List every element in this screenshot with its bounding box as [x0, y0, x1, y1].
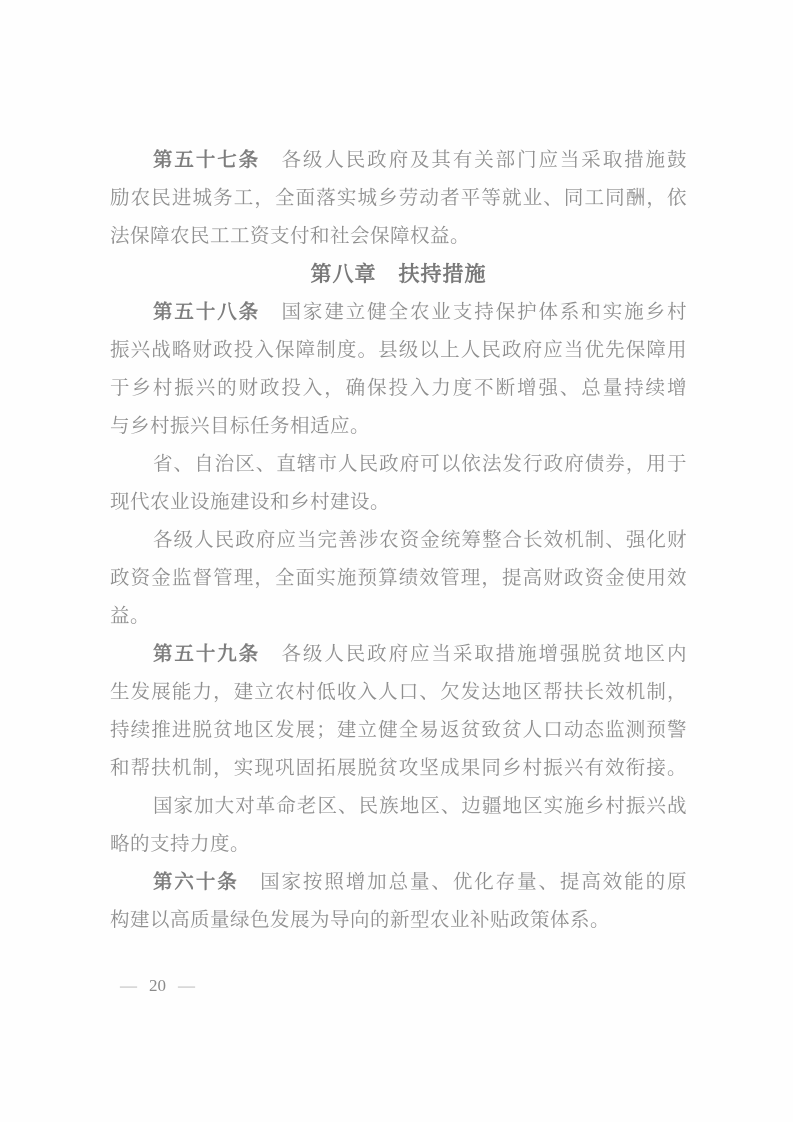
text-line: 省、自治区、直辖市人民政府可以依法发行政府债券，用于: [110, 446, 687, 484]
article-number: 第五十八条: [153, 302, 260, 323]
text-line: 第五十九条 各级人民政府应当采取措施增强脱贫地区内: [110, 636, 687, 674]
text-line: 第六十条 国家按照增加总量、优化存量、提高效能的原则，: [110, 864, 687, 902]
line-text: 和帮扶机制，实现巩固拓展脱贫攻坚成果同乡村振兴有效衔接。: [110, 758, 687, 779]
text-line: 法保障农民工工资支付和社会保障权益。: [110, 218, 687, 256]
line-text: 国家建立健全农业支持保护体系和实施乡村: [260, 302, 687, 323]
line-text: 省、自治区、直辖市人民政府可以依法发行政府债券，用于: [153, 454, 687, 475]
footer-dash-left: —: [120, 976, 137, 995]
line-text: 振兴战略财政投入保障制度。县级以上人民政府应当优先保障用: [110, 340, 687, 361]
text-line: 国家加大对革命老区、民族地区、边疆地区实施乡村振兴战: [110, 788, 687, 826]
text-line: 第五十七条 各级人民政府及其有关部门应当采取措施鼓: [110, 142, 687, 180]
text-line: 第五十八条 国家建立健全农业支持保护体系和实施乡村: [110, 294, 687, 332]
text-line: 构建以高质量绿色发展为导向的新型农业补贴政策体系。: [110, 902, 687, 940]
line-text: 励农民进城务工，全面落实城乡劳动者平等就业、同工同酬，依: [110, 188, 687, 209]
line-text: 持续推进脱贫地区发展；建立健全易返贫致贫人口动态监测预警: [110, 720, 687, 741]
line-text: 与乡村振兴目标任务相适应。: [110, 416, 370, 437]
text-line: 持续推进脱贫地区发展；建立健全易返贫致贫人口动态监测预警: [110, 712, 687, 750]
text-line: 益。: [110, 598, 687, 636]
line-text: 各级人民政府应当采取措施增强脱贫地区内: [260, 644, 687, 665]
text-line: 和帮扶机制，实现巩固拓展脱贫攻坚成果同乡村振兴有效衔接。: [110, 750, 687, 788]
page-number: 20: [149, 976, 166, 995]
text-block: 第五十七条 各级人民政府及其有关部门应当采取措施鼓励农民进城务工，全面落实城乡劳…: [110, 142, 687, 940]
page-footer: —20—: [120, 972, 195, 1000]
text-line: 振兴战略财政投入保障制度。县级以上人民政府应当优先保障用: [110, 332, 687, 370]
line-text: 法保障农民工工资支付和社会保障权益。: [110, 226, 470, 247]
text-line: 现代农业设施建设和乡村建设。: [110, 484, 687, 522]
text-line: 各级人民政府应当完善涉农资金统筹整合长效机制、强化财: [110, 522, 687, 560]
document-page: 第五十七条 各级人民政府及其有关部门应当采取措施鼓励农民进城务工，全面落实城乡劳…: [0, 0, 793, 1122]
footer-dash-right: —: [178, 976, 195, 995]
paragraph: 省、自治区、直辖市人民政府可以依法发行政府债券，用于现代农业设施建设和乡村建设。: [110, 446, 687, 522]
paragraph: 第六十条 国家按照增加总量、优化存量、提高效能的原则，构建以高质量绿色发展为导向…: [110, 864, 687, 940]
paragraph: 各级人民政府应当完善涉农资金统筹整合长效机制、强化财政资金监督管理，全面实施预算…: [110, 522, 687, 636]
chapter-heading: 第八章 扶持措施: [110, 256, 687, 294]
line-text: 现代农业设施建设和乡村建设。: [110, 492, 390, 513]
line-text: 于乡村振兴的财政投入，确保投入力度不断增强、总量持续增加、: [110, 378, 687, 408]
text-line: 生发展能力，建立农村低收入人口、欠发达地区帮扶长效机制，: [110, 674, 687, 712]
paragraph: 第五十九条 各级人民政府应当采取措施增强脱贫地区内生发展能力，建立农村低收入人口…: [110, 636, 687, 788]
text-line: 政资金监督管理，全面实施预算绩效管理，提高财政资金使用效: [110, 560, 687, 598]
line-text: 各级人民政府及其有关部门应当采取措施鼓: [260, 150, 687, 171]
paragraph: 第五十八条 国家建立健全农业支持保护体系和实施乡村振兴战略财政投入保障制度。县级…: [110, 294, 687, 446]
text-line: 于乡村振兴的财政投入，确保投入力度不断增强、总量持续增加、: [110, 370, 687, 408]
paragraph: 国家加大对革命老区、民族地区、边疆地区实施乡村振兴战略的支持力度。: [110, 788, 687, 864]
paragraph: 第五十七条 各级人民政府及其有关部门应当采取措施鼓励农民进城务工，全面落实城乡劳…: [110, 142, 687, 256]
article-number: 第六十条: [153, 872, 239, 893]
text-line: 略的支持力度。: [110, 826, 687, 864]
line-text: 政资金监督管理，全面实施预算绩效管理，提高财政资金使用效: [110, 568, 687, 589]
text-line: 与乡村振兴目标任务相适应。: [110, 408, 687, 446]
article-number: 第五十七条: [153, 150, 260, 171]
line-text: 构建以高质量绿色发展为导向的新型农业补贴政策体系。: [110, 910, 610, 931]
line-text: 各级人民政府应当完善涉农资金统筹整合长效机制、强化财: [153, 530, 687, 551]
text-line: 励农民进城务工，全面落实城乡劳动者平等就业、同工同酬，依: [110, 180, 687, 218]
line-text: 生发展能力，建立农村低收入人口、欠发达地区帮扶长效机制，: [110, 682, 687, 703]
line-text: 略的支持力度。: [110, 834, 250, 855]
line-text: 国家加大对革命老区、民族地区、边疆地区实施乡村振兴战: [153, 796, 687, 817]
article-number: 第五十九条: [153, 644, 260, 665]
line-text: 益。: [110, 606, 150, 627]
